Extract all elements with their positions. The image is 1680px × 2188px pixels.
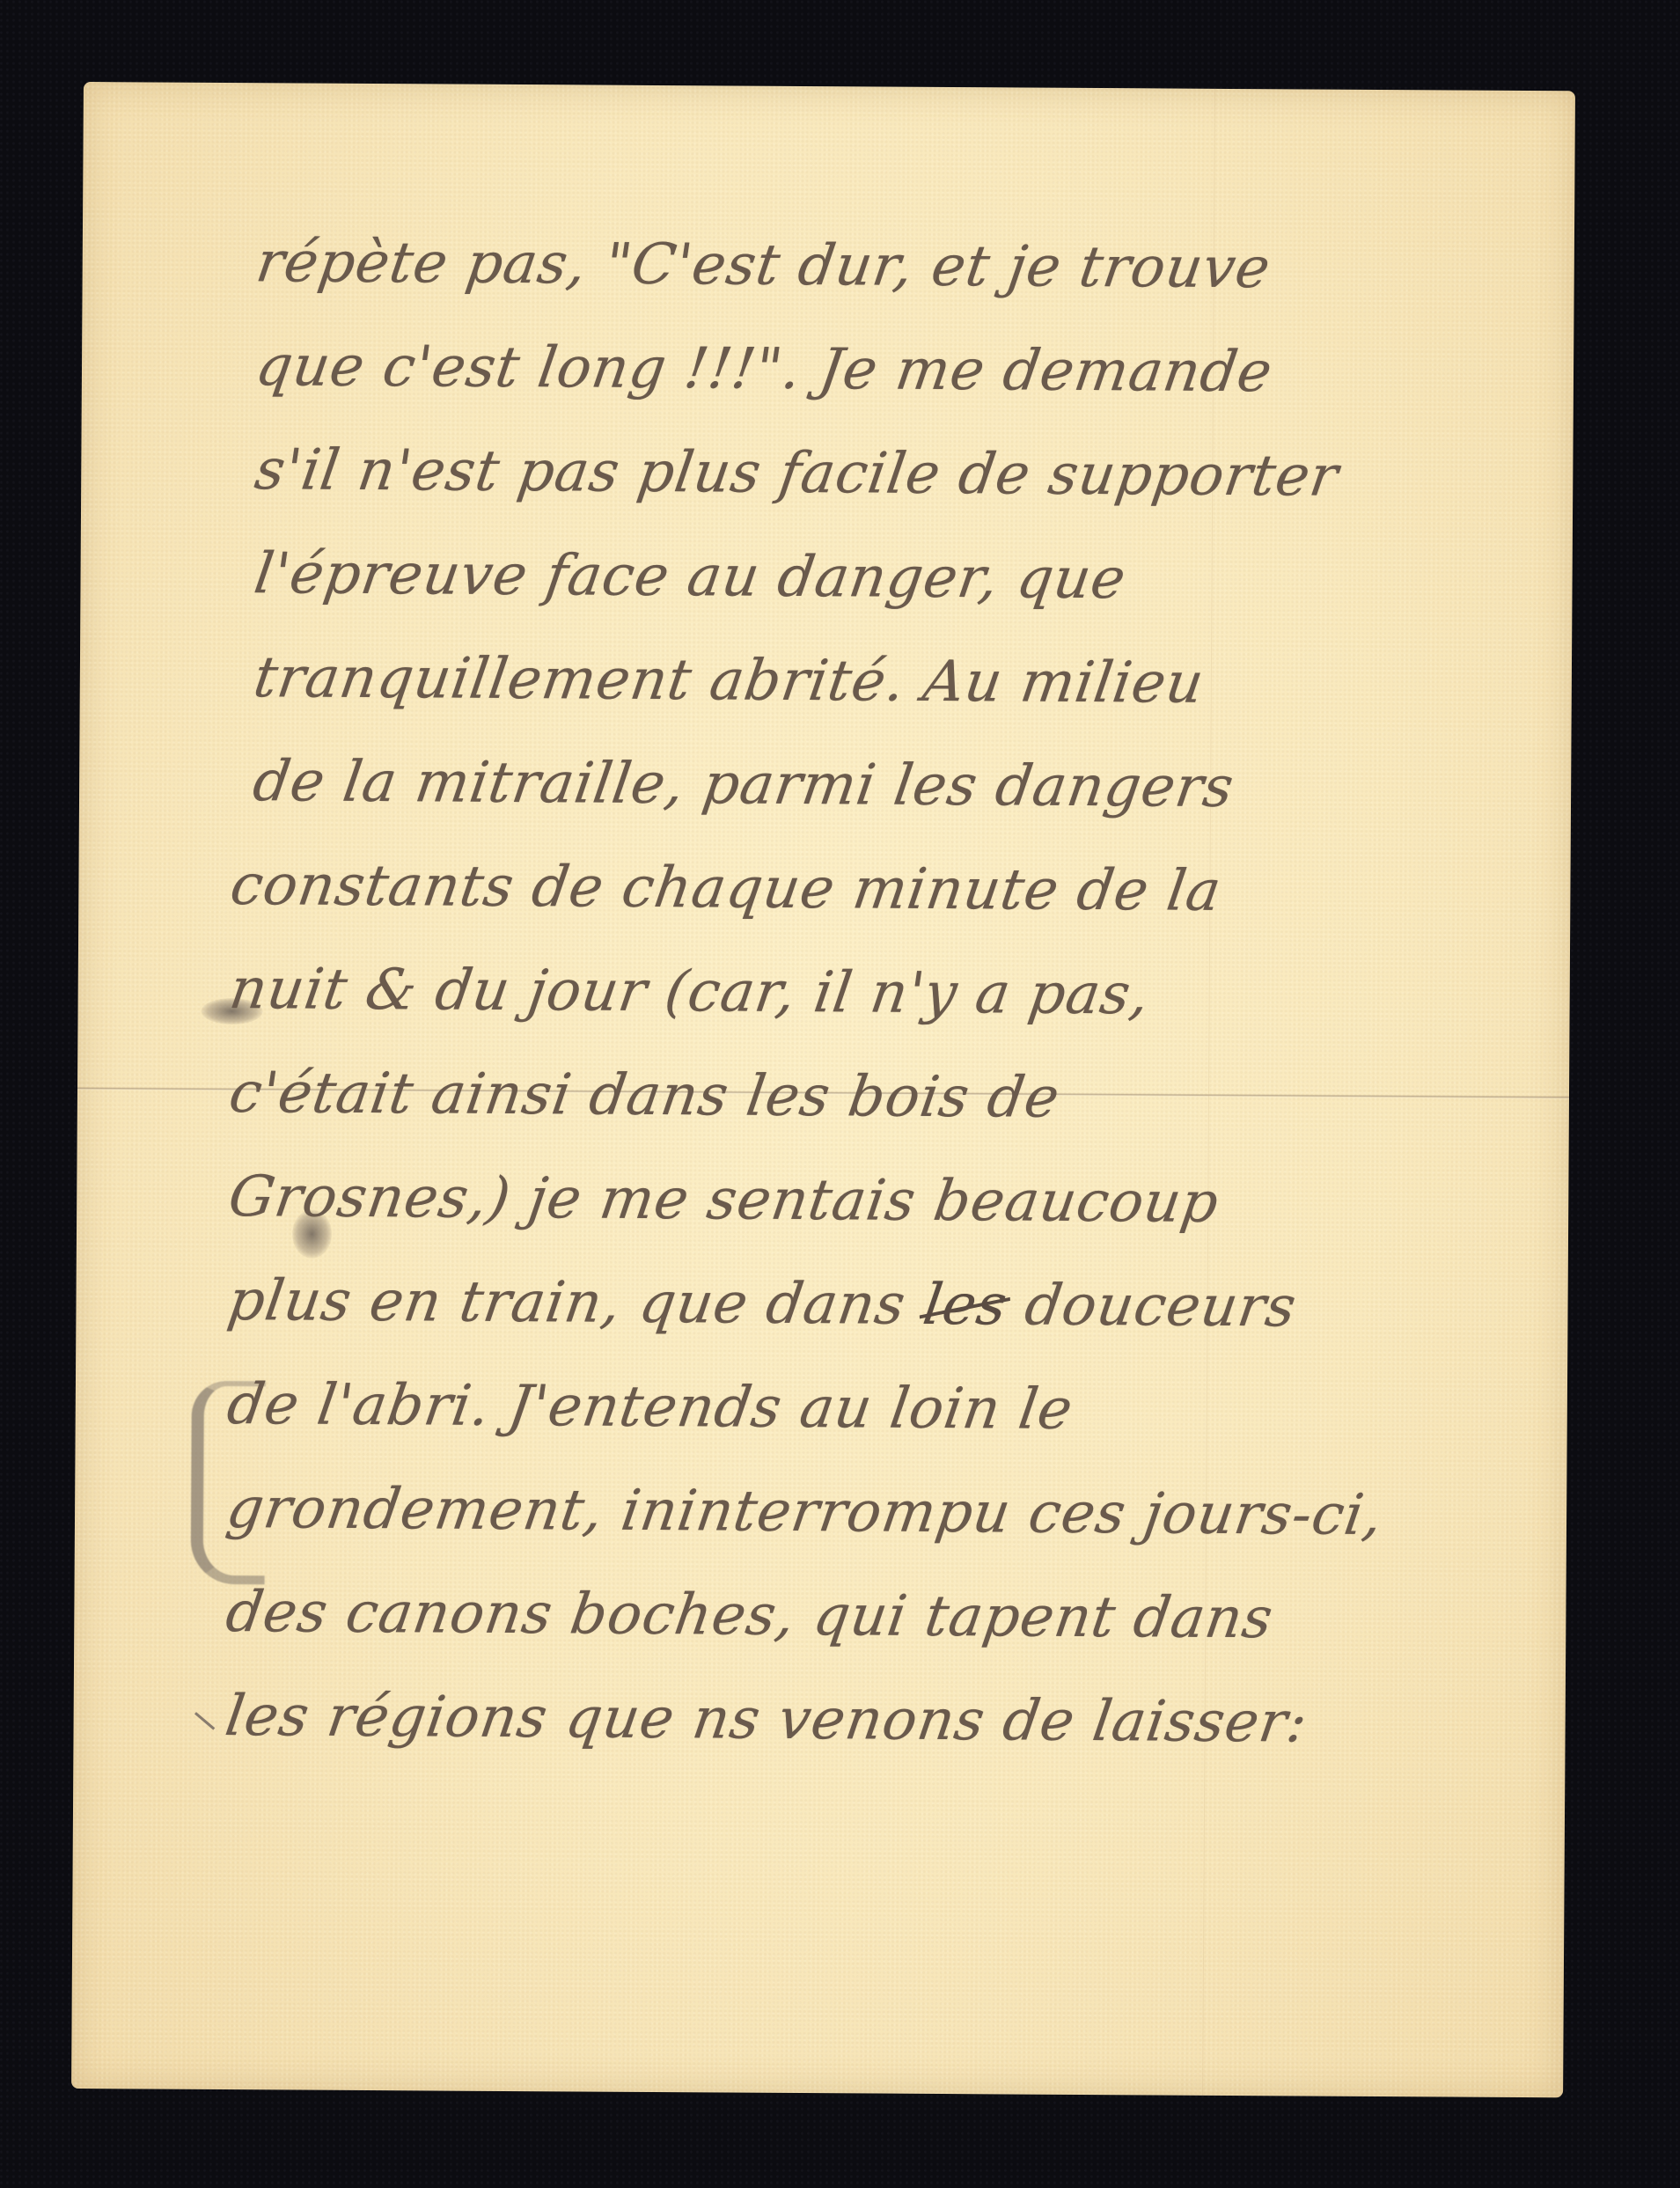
text-line: c'était ainsi dans les bois de: [214, 1041, 1540, 1153]
text-line: de l'abri. J'entends au loin le: [211, 1353, 1537, 1465]
text-line: tranquillement abrité. Au milieu: [216, 626, 1543, 738]
text-fragment: douceurs: [1002, 1273, 1301, 1340]
handwritten-text: répète pas, "C'est dur, et je trouve que…: [209, 210, 1530, 1776]
text-fragment: plus en train, que dans: [224, 1268, 928, 1338]
text-line-with-correction: plus en train, que dans les douceurs: [212, 1249, 1538, 1361]
text-line: l'épreuve face au danger, que: [216, 522, 1543, 634]
text-line: de la mitraille, parmi les dangers: [216, 730, 1542, 841]
text-line: les régions que ns venons de laisser:: [209, 1664, 1536, 1776]
text-line: nuit & du jour (car, il n'y a pas,: [214, 937, 1540, 1049]
text-line: constants de chaque minute de la: [215, 833, 1541, 945]
struck-out-word: les: [919, 1273, 1011, 1339]
text-line: s'il n'est pas plus facile de supporter: [217, 418, 1544, 530]
text-line: répète pas, "C'est dur, et je trouve: [218, 210, 1544, 322]
text-line: que c'est long !!!". Je me demande: [218, 314, 1544, 426]
text-line: grondement, ininterrompu ces jours-ci,: [211, 1457, 1537, 1568]
text-line: Grosnes,) je me sentais beaucoup: [213, 1145, 1539, 1257]
letter-page: répète pas, "C'est dur, et je trouve que…: [71, 82, 1575, 2097]
text-line: des canons boches, qui tapent dans: [210, 1560, 1537, 1672]
